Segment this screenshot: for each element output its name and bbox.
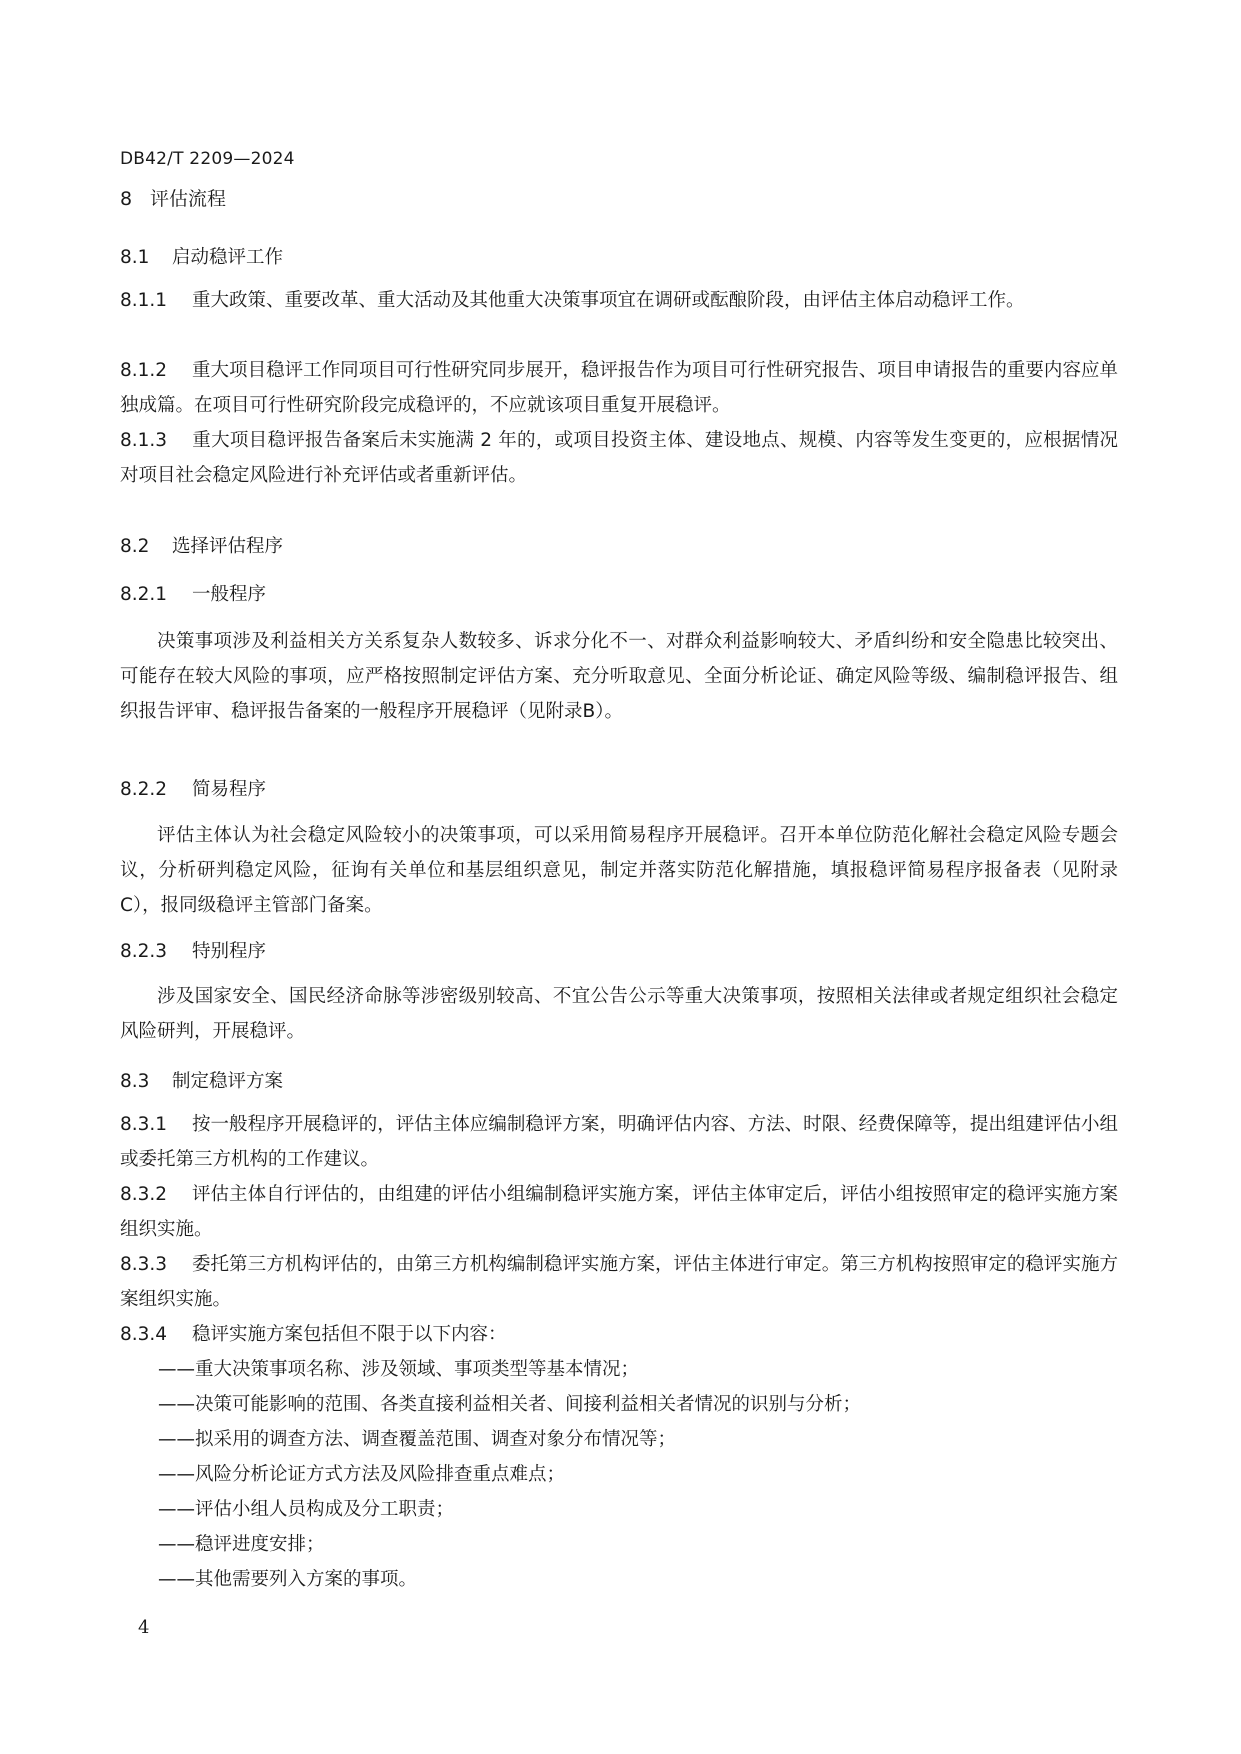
- clause-heading-8-2-2: 8.2.2简易程序: [120, 775, 266, 801]
- clause-text: 重大政策、重要改革、重大活动及其他重大决策事项宜在调研或酝酿阶段，由评估主体启动…: [192, 290, 1025, 311]
- clause-number: 8.3.4: [120, 1317, 192, 1352]
- clause-8-3-3: 8.3.3委托第三方机构评估的，由第三方机构编制稳评实施方案，评估主体进行审定。…: [120, 1247, 1118, 1317]
- clause-8-2-1-body: 决策事项涉及利益相关方关系复杂人数较多、诉求分化不一、对群众利益影响较大、矛盾纠…: [120, 624, 1118, 729]
- clause-8-1-2: 8.1.2重大项目稳评工作同项目可行性研究同步展开，稳评报告作为项目可行性研究报…: [120, 353, 1118, 423]
- clause-8-3-2: 8.3.2评估主体自行评估的，由组建的评估小组编制稳评实施方案，评估主体审定后，…: [120, 1177, 1118, 1247]
- subsection-number: 8.1: [120, 247, 172, 268]
- clause-text: 重大项目稳评工作同项目可行性研究同步展开，稳评报告作为项目可行性研究报告、项目申…: [120, 360, 1118, 416]
- list-item: ——风险分析论证方式方法及风险排查重点难点；: [158, 1457, 861, 1492]
- clause-heading-8-2-1: 8.2.1一般程序: [120, 580, 266, 606]
- section-title: 评估流程: [150, 188, 226, 210]
- section-heading: 8评估流程: [120, 184, 226, 211]
- clause-number: 8.2.3: [120, 941, 192, 962]
- list-item: ——其他需要列入方案的事项。: [158, 1562, 861, 1597]
- subsection-heading-8-3: 8.3制定稳评方案: [120, 1067, 283, 1093]
- clause-number: 8.3.3: [120, 1247, 192, 1282]
- clause-number: 8.1.2: [120, 353, 192, 388]
- clause-8-1-1: 8.1.1重大政策、重要改革、重大活动及其他重大决策事项宜在调研或酝酿阶段，由评…: [120, 283, 1118, 318]
- clause-number: 8.1.3: [120, 423, 192, 458]
- page-number: 4: [138, 1617, 149, 1638]
- subsection-heading-8-2: 8.2选择评估程序: [120, 532, 283, 558]
- clause-number: 8.2.2: [120, 779, 192, 800]
- clause-8-3-4: 8.3.4稳评实施方案包括但不限于以下内容：: [120, 1317, 1118, 1352]
- subsection-title: 启动稳评工作: [172, 247, 283, 268]
- clause-8-1-3: 8.1.3重大项目稳评报告备案后未实施满 2 年的，或项目投资主体、建设地点、规…: [120, 423, 1118, 493]
- standard-code-header: DB42/T 2209—2024: [120, 149, 295, 169]
- subsection-title: 选择评估程序: [172, 536, 283, 557]
- clause-text: 评估主体自行评估的，由组建的评估小组编制稳评实施方案，评估主体审定后，评估小组按…: [120, 1184, 1118, 1240]
- clause-heading-8-2-3: 8.2.3特别程序: [120, 937, 266, 963]
- clause-title: 简易程序: [192, 779, 266, 800]
- clause-text: 稳评实施方案包括但不限于以下内容：: [192, 1324, 507, 1345]
- section-number: 8: [120, 188, 150, 210]
- list-item: ——重大决策事项名称、涉及领域、事项类型等基本情况；: [158, 1352, 861, 1387]
- clause-number: 8.2.1: [120, 584, 192, 605]
- subsection-heading-8-1: 8.1启动稳评工作: [120, 243, 283, 269]
- clause-number: 8.3.1: [120, 1107, 192, 1142]
- clause-title: 一般程序: [192, 584, 266, 605]
- list-item: ——评估小组人员构成及分工职责；: [158, 1492, 861, 1527]
- subsection-number: 8.3: [120, 1071, 172, 1092]
- clause-title: 特别程序: [192, 941, 266, 962]
- clause-8-2-2-body: 评估主体认为社会稳定风险较小的决策事项，可以采用简易程序开展稳评。召开本单位防范…: [120, 818, 1118, 923]
- list-item: ——拟采用的调查方法、调查覆盖范围、调查对象分布情况等；: [158, 1422, 861, 1457]
- clause-text: 重大项目稳评报告备案后未实施满 2 年的，或项目投资主体、建设地点、规模、内容等…: [120, 430, 1118, 486]
- clause-number: 8.3.2: [120, 1177, 192, 1212]
- clause-number: 8.1.1: [120, 283, 192, 318]
- subsection-number: 8.2: [120, 536, 172, 557]
- clause-text: 按一般程序开展稳评的，评估主体应编制稳评方案，明确评估内容、方法、时限、经费保障…: [120, 1114, 1118, 1170]
- document-page: DB42/T 2209—2024 8评估流程 8.1启动稳评工作 8.1.1重大…: [0, 0, 1241, 1754]
- clause-text: 委托第三方机构评估的，由第三方机构编制稳评实施方案，评估主体进行审定。第三方机构…: [120, 1254, 1118, 1310]
- plan-contents-list: ——重大决策事项名称、涉及领域、事项类型等基本情况； ——决策可能影响的范围、各…: [158, 1352, 861, 1597]
- list-item: ——决策可能影响的范围、各类直接利益相关者、间接利益相关者情况的识别与分析；: [158, 1387, 861, 1422]
- clause-8-3-1: 8.3.1按一般程序开展稳评的，评估主体应编制稳评方案，明确评估内容、方法、时限…: [120, 1107, 1118, 1177]
- list-item: ——稳评进度安排；: [158, 1527, 861, 1562]
- clause-8-2-3-body: 涉及国家安全、国民经济命脉等涉密级别较高、不宜公告公示等重大决策事项，按照相关法…: [120, 979, 1118, 1049]
- subsection-title: 制定稳评方案: [172, 1071, 283, 1092]
